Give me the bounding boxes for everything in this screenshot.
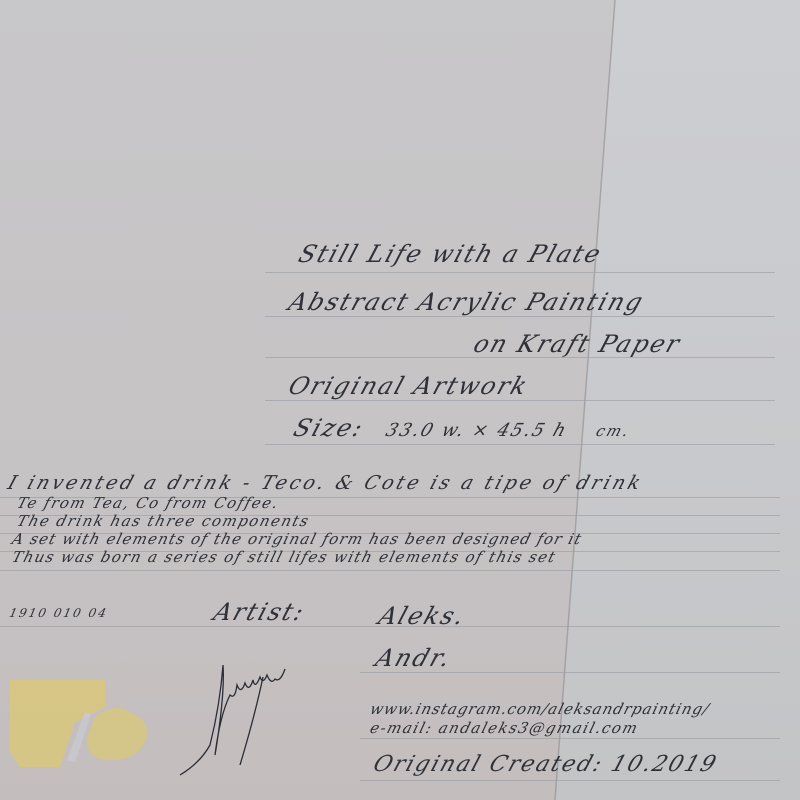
size-row: Size: 33.0 w. × 45.5 h cm. <box>290 414 636 442</box>
description-line: I invented a drink - Teco. & Cote is a t… <box>5 472 646 494</box>
handwritten-signature-icon <box>175 655 295 785</box>
email-link[interactable]: e-mail: andaleks3@gmail.com <box>368 719 641 737</box>
artwork-medium: Abstract Acrylic Painting <box>285 288 648 316</box>
description-line: Te from Tea, Co from Coffee. <box>15 494 281 512</box>
artwork-title: Still Life with a Plate <box>295 240 606 268</box>
artist-first-name: Aleks. <box>375 602 470 630</box>
size-label: Size: <box>290 414 368 442</box>
description-line: The drink has three components <box>15 512 312 530</box>
creation-date: Original Created: 10.2019 <box>370 752 721 777</box>
artist-last-name: Andr. <box>372 644 456 672</box>
artist-label: Artist: <box>210 598 309 626</box>
artwork-support: on Kraft Paper <box>470 330 685 358</box>
yellow-stamp-logo-icon <box>5 672 155 772</box>
size-unit: cm. <box>594 422 633 440</box>
description-line: Thus was born a series of still lifes wi… <box>10 548 558 566</box>
size-value: 33.0 w. × 45.5 h <box>383 420 571 441</box>
website-link[interactable]: www.instagram.com/aleksandrpainting/ <box>368 700 712 718</box>
catalog-number: 1910 010 04 <box>8 606 109 620</box>
description-line: A set with elements of the original form… <box>10 530 584 548</box>
artwork-original-label: Original Artwork <box>285 372 532 400</box>
